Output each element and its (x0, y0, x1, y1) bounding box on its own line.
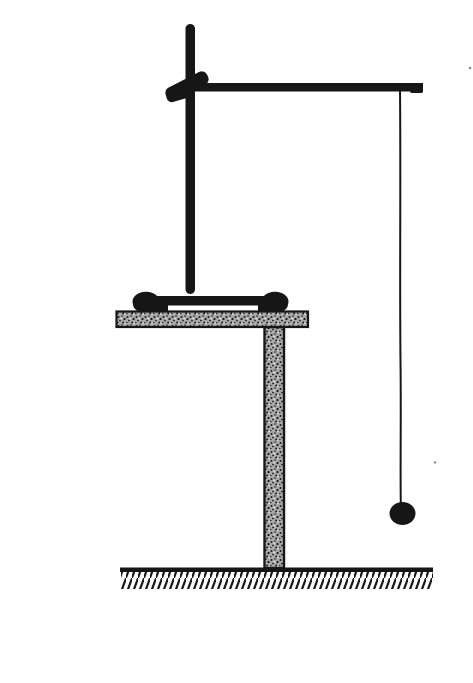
floor-line (120, 568, 433, 573)
stand-base (133, 292, 289, 312)
pendulum-bob (390, 502, 416, 525)
table-leg (265, 327, 285, 568)
horizontal-arm (194, 83, 423, 92)
stand-rod (186, 24, 196, 294)
pendulum-string (400, 89, 401, 503)
stand-base-right-foot (262, 292, 289, 311)
scan-speck-mid-right (434, 461, 436, 463)
arm-end-cap (410, 83, 423, 93)
floor-hatching (121, 572, 433, 589)
diagram-canvas (0, 0, 473, 683)
stand-base-left-foot (133, 292, 160, 311)
table-top (117, 312, 309, 328)
pendulum-apparatus-figure (0, 0, 473, 683)
scan-speck-top-right (469, 67, 472, 70)
